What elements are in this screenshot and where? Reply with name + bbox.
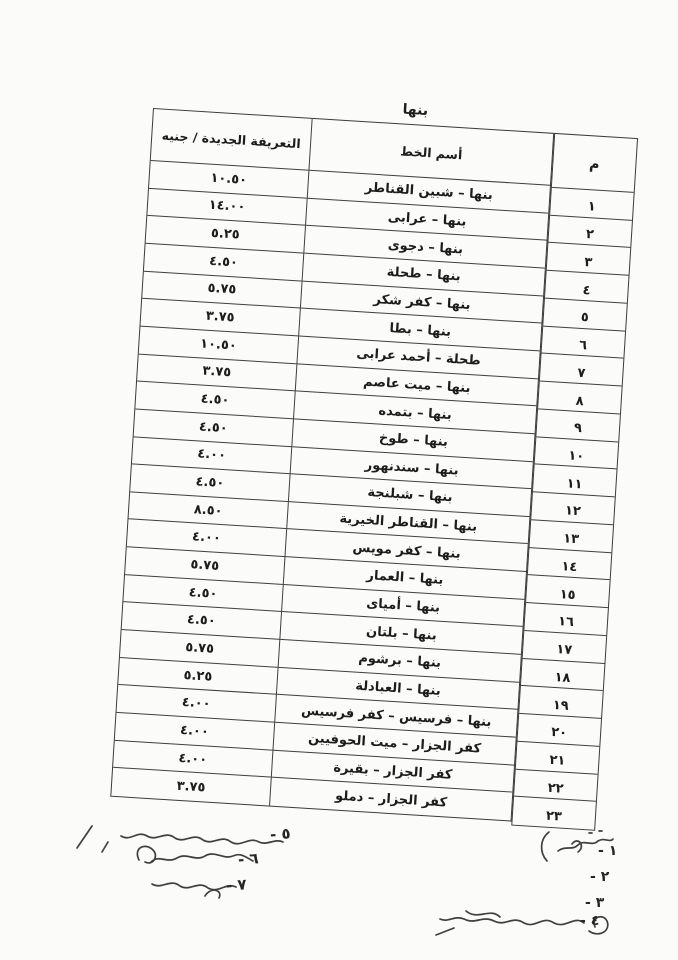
scanned-document-page: بنها التعريفة الجديدة / جنيه أسم الخط ١٠… <box>0 0 678 960</box>
handwritten-scribble-left-line1 <box>121 834 283 843</box>
index-column-header: م <box>552 134 637 193</box>
scanned-table-region: بنها التعريفة الجديدة / جنيه أسم الخط ١٠… <box>110 108 638 837</box>
handwritten-number-1: ١ - <box>598 843 617 859</box>
row-number-cell: ٢٣ <box>512 797 596 830</box>
handwritten-scribble-left-line3 <box>152 883 236 898</box>
handwritten-number-3: ٣ - <box>585 895 604 911</box>
page-title: بنها <box>363 97 468 123</box>
handwritten-number-5: ٥ - <box>269 824 291 843</box>
handwritten-number-7: ٧ - <box>225 875 247 894</box>
handwritten-scribble-left-slash <box>77 826 108 852</box>
handwritten-number-2: ٢ - <box>590 869 609 885</box>
fare-table: التعريفة الجديدة / جنيه أسم الخط ١٠.٥٠بن… <box>110 108 554 822</box>
handwritten-scribble-right-line4 <box>436 911 584 935</box>
handwritten-scribble-left-line2 <box>137 846 253 863</box>
handwritten-number-6: ٦ - <box>237 849 259 868</box>
handwritten-number-4: ٤ - <box>580 913 599 929</box>
